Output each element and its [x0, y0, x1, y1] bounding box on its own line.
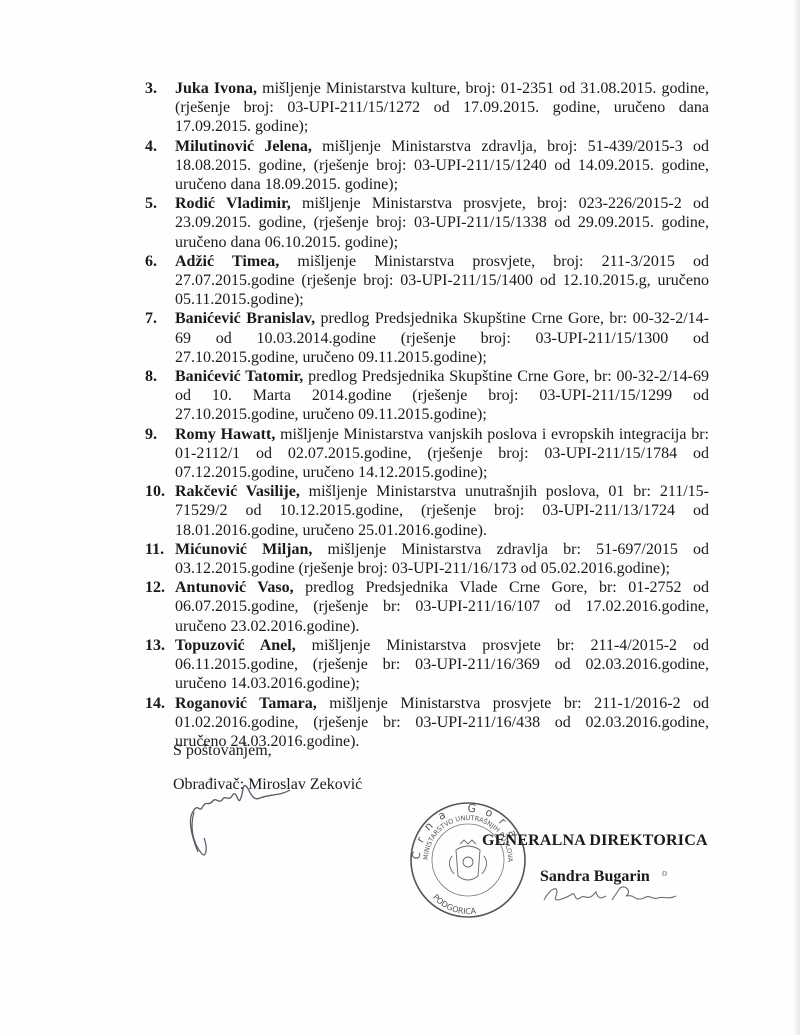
director-title: GENERALNA DIREKTORICA — [482, 832, 708, 850]
person-name: Milutinović Jelena, — [175, 138, 312, 155]
person-name: Rodić Vladimir, — [175, 195, 291, 212]
item-number: 4. — [145, 137, 157, 156]
item-number: 12. — [145, 578, 165, 597]
person-name: Banićević Tatomir, — [175, 368, 303, 385]
person-name: Mićunović Miljan, — [175, 541, 312, 558]
list-item: 6.Adžić Timea, mišljenje Ministarstva pr… — [145, 252, 709, 310]
decision-list: 3.Juka Ivona, mišljenje Ministarstva kul… — [145, 79, 709, 751]
official-stamp: Crna Gora MINISTARSTVO UNUTRAŠNJIH POSLO… — [408, 800, 528, 920]
scan-edge — [794, 0, 800, 1035]
document-page: 3.Juka Ivona, mišljenje Ministarstva kul… — [0, 0, 800, 1035]
mark-dot: o — [662, 868, 667, 879]
item-number: 10. — [145, 482, 165, 501]
person-name: Topuzović Anel, — [175, 637, 296, 654]
item-number: 11. — [145, 540, 164, 559]
director-signature — [540, 870, 680, 910]
item-number: 13. — [145, 636, 165, 655]
list-item: 3.Juka Ivona, mišljenje Ministarstva kul… — [145, 79, 709, 137]
list-item: 8.Banićević Tatomir, predlog Predsjednik… — [145, 367, 709, 425]
list-item: 13.Topuzović Anel, mišljenje Ministarstv… — [145, 636, 709, 694]
list-item: 10.Rakčević Vasilije, mišljenje Ministar… — [145, 482, 709, 540]
list-item: 4.Milutinović Jelena, mišljenje Ministar… — [145, 137, 709, 195]
item-number: 6. — [145, 252, 157, 271]
closing-salutation: S poštovanjem, — [173, 742, 272, 760]
person-name: Romy Hawatt, — [175, 426, 275, 443]
list-item: 11.Mićunović Miljan, mišljenje Ministars… — [145, 540, 709, 578]
person-name: Antunović Vaso, — [175, 579, 294, 596]
list-item: 5.Rodić Vladimir, mišljenje Ministarstva… — [145, 194, 709, 252]
list-item: 7.Banićević Branislav, predlog Predsjedn… — [145, 309, 709, 367]
person-name: Banićević Branislav, — [175, 310, 315, 327]
item-number: 3. — [145, 79, 157, 98]
item-number: 5. — [145, 194, 157, 213]
item-number: 8. — [145, 367, 157, 386]
person-name: Juka Ivona, — [175, 80, 257, 97]
item-number: 7. — [145, 309, 157, 328]
list-item: 12.Antunović Vaso, predlog Predsjednika … — [145, 578, 709, 636]
person-name: Adžić Timea, — [175, 253, 279, 270]
item-number: 9. — [145, 425, 157, 444]
list-item: 9.Romy Hawatt, mišljenje Ministarstva va… — [145, 425, 709, 483]
person-name: Roganović Tamara, — [175, 695, 317, 712]
person-name: Rakčević Vasilije, — [175, 483, 300, 500]
item-number: 14. — [145, 694, 165, 713]
processor-signature — [180, 782, 300, 857]
